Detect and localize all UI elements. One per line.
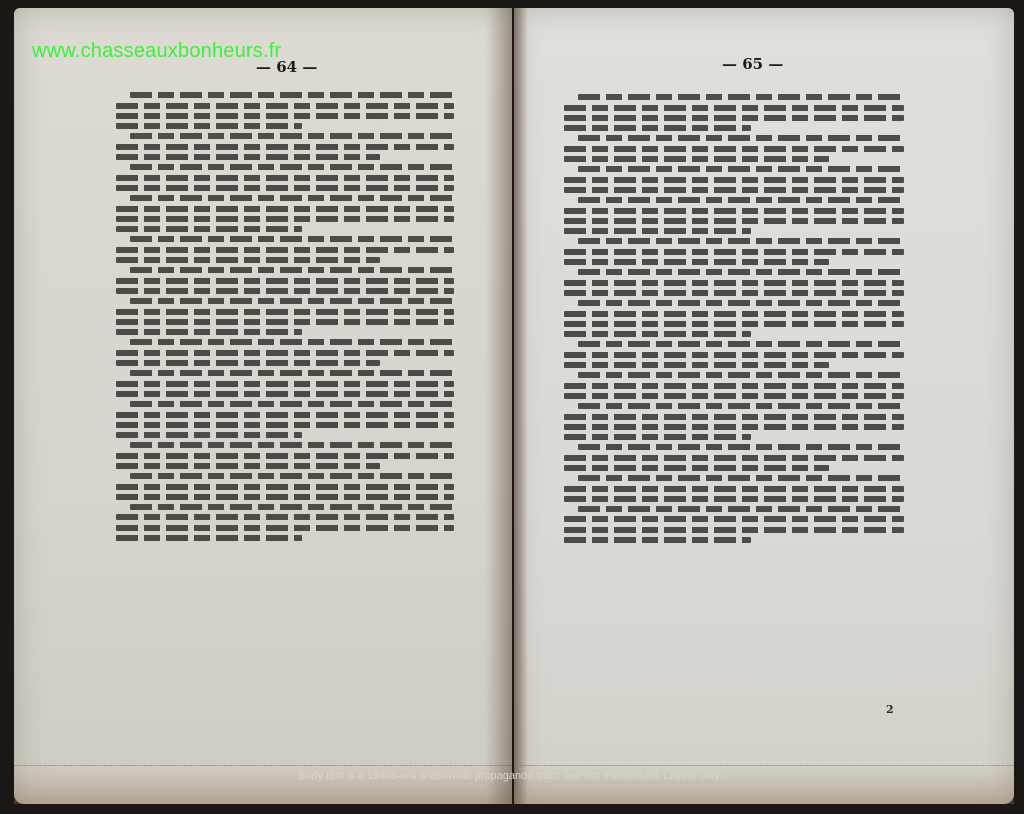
text-line [116, 123, 302, 129]
text-line [564, 146, 904, 152]
text-line [130, 164, 454, 170]
text-line [116, 247, 454, 253]
text-line [116, 226, 302, 232]
text-line [564, 434, 751, 440]
text-line [116, 494, 454, 500]
text-line [116, 309, 454, 315]
text-line [116, 278, 454, 284]
signature-mark: 2 [886, 703, 894, 716]
text-line [564, 218, 904, 224]
text-line [116, 432, 302, 438]
text-line [564, 321, 904, 327]
text-line [564, 105, 904, 111]
content-note: Body text is a 1940s-era antisemitic pro… [130, 770, 890, 782]
text-line [130, 370, 454, 376]
text-line [564, 414, 904, 420]
text-line [130, 92, 454, 98]
text-line [116, 422, 454, 428]
text-line [116, 175, 454, 181]
text-line [578, 475, 904, 481]
text-line [564, 352, 904, 358]
text-line [564, 455, 904, 461]
text-line [564, 527, 904, 533]
text-line [116, 154, 380, 160]
text-line [578, 444, 904, 450]
text-line [564, 537, 751, 543]
text-line [130, 267, 454, 273]
left-text-block [116, 88, 454, 545]
text-line [116, 113, 454, 119]
text-line [116, 185, 454, 191]
text-line [578, 372, 904, 378]
text-line [116, 103, 454, 109]
text-line [564, 486, 904, 492]
text-line [116, 535, 302, 541]
text-line [564, 177, 904, 183]
text-line [564, 125, 751, 131]
text-line [578, 197, 904, 203]
text-line [564, 516, 904, 522]
text-line [116, 360, 380, 366]
text-line [116, 216, 454, 222]
watermark: www.chasseauxbonheurs.fr [32, 40, 281, 63]
text-line [116, 525, 454, 531]
text-line [564, 187, 904, 193]
text-line [116, 329, 302, 335]
text-line [564, 311, 904, 317]
text-line [564, 208, 904, 214]
text-line [116, 381, 454, 387]
text-line [578, 94, 904, 100]
text-line [130, 298, 454, 304]
text-line [564, 496, 904, 502]
text-line [578, 238, 904, 244]
text-line [116, 391, 454, 397]
text-line [578, 166, 904, 172]
text-line [564, 249, 904, 255]
text-line [564, 156, 829, 162]
text-line [578, 403, 904, 409]
text-line [130, 442, 454, 448]
text-line [116, 484, 454, 490]
text-line [564, 465, 829, 471]
text-line [116, 288, 454, 294]
text-line [564, 115, 904, 121]
text-line [130, 339, 454, 345]
book-spread: www.chasseauxbonheurs.fr — 64 — — 65 — 2… [0, 0, 1024, 814]
text-line [578, 269, 904, 275]
text-line [564, 424, 904, 430]
page-number-right: — 65 — [722, 55, 783, 73]
text-line [578, 300, 904, 306]
text-line [130, 401, 454, 407]
text-line [130, 133, 454, 139]
text-line [116, 453, 454, 459]
text-line [116, 463, 380, 469]
text-line [130, 473, 454, 479]
text-line [564, 228, 751, 234]
text-line [116, 319, 454, 325]
text-line [564, 331, 751, 337]
text-line [564, 362, 829, 368]
text-line [564, 259, 829, 265]
text-line [116, 350, 454, 356]
text-line [564, 393, 904, 399]
page-number-left: — 64 — [256, 58, 317, 76]
text-line [578, 341, 904, 347]
text-line [564, 383, 904, 389]
text-line [116, 206, 454, 212]
text-line [130, 195, 454, 201]
text-line [116, 144, 454, 150]
text-line [116, 257, 380, 263]
text-line [578, 135, 904, 141]
text-line [130, 236, 454, 242]
text-line [130, 504, 454, 510]
text-line [564, 280, 904, 286]
text-line [116, 412, 454, 418]
text-line [564, 290, 904, 296]
text-line [578, 506, 904, 512]
right-text-block [564, 90, 904, 547]
text-line [116, 514, 454, 520]
